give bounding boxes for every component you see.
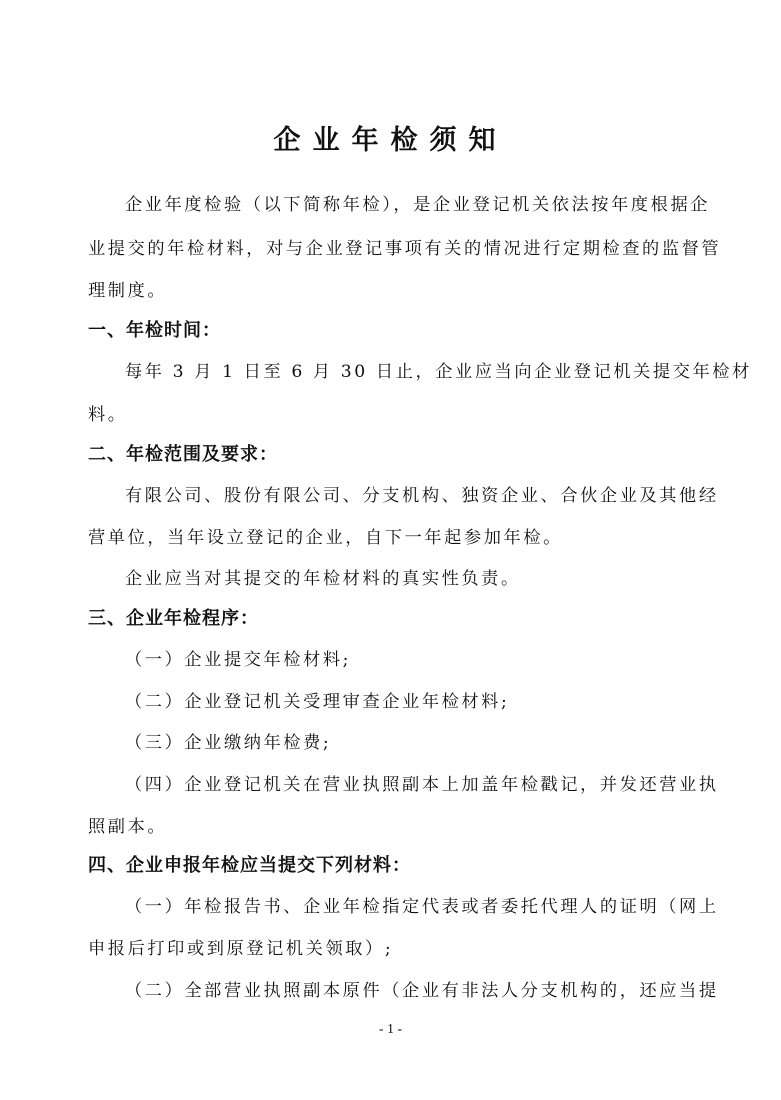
section-4-line-2: 申报后打印或到原登记机关领取）;	[88, 934, 696, 959]
intro-line-2: 业提交的年检材料，对与企业登记事项有关的情况进行定期检查的监督管	[88, 234, 696, 259]
section-2-line-2: 营单位，当年设立登记的企业，自下一年起参加年检。	[88, 523, 696, 548]
section-3-line-1: （一）企业提交年检材料;	[125, 645, 733, 670]
page-number: - 1 -	[0, 1022, 781, 1038]
section-4-heading: 四、企业申报年检应当提交下列材料：	[88, 851, 696, 877]
section-3-line-3: （三）企业缴纳年检费;	[125, 728, 733, 753]
document-title: 企业年检须知	[0, 118, 781, 157]
section-2-line-1: 有限公司、股份有限公司、分支机构、独资企业、合伙企业及其他经	[125, 481, 696, 506]
section-3-line-4: （四）企业登记机关在营业执照副本上加盖年检戳记，并发还营业执	[125, 770, 733, 795]
section-3-line-2: （二）企业登记机关受理审查企业年检材料;	[125, 687, 733, 712]
section-4-line-3: （二）全部营业执照副本原件（企业有非法人分支机构的，还应当提	[125, 976, 733, 1001]
intro-line-3: 理制度。	[88, 276, 696, 301]
section-1-line-2: 料。	[88, 400, 696, 425]
section-2-heading: 二、年检范围及要求：	[88, 440, 696, 466]
section-3-heading: 三、企业年检程序：	[88, 604, 696, 630]
document-page: 企业年检须知 企业年度检验（以下简称年检），是企业登记机关依法按年度根据企 业提…	[0, 0, 781, 1100]
section-1-line-1: 每年 3 月 1 日至 6 月 30 日止，企业应当向企业登记机关提交年检材	[125, 357, 696, 382]
section-2-line-3: 企业应当对其提交的年检材料的真实性负责。	[125, 564, 696, 589]
section-3-line-5: 照副本。	[88, 812, 696, 837]
section-4-line-1: （一）年检报告书、企业年检指定代表或者委托代理人的证明（网上	[125, 892, 733, 917]
section-1-heading: 一、年检时间：	[88, 316, 696, 342]
intro-line-1: 企业年度检验（以下简称年检），是企业登记机关依法按年度根据企	[125, 190, 696, 215]
